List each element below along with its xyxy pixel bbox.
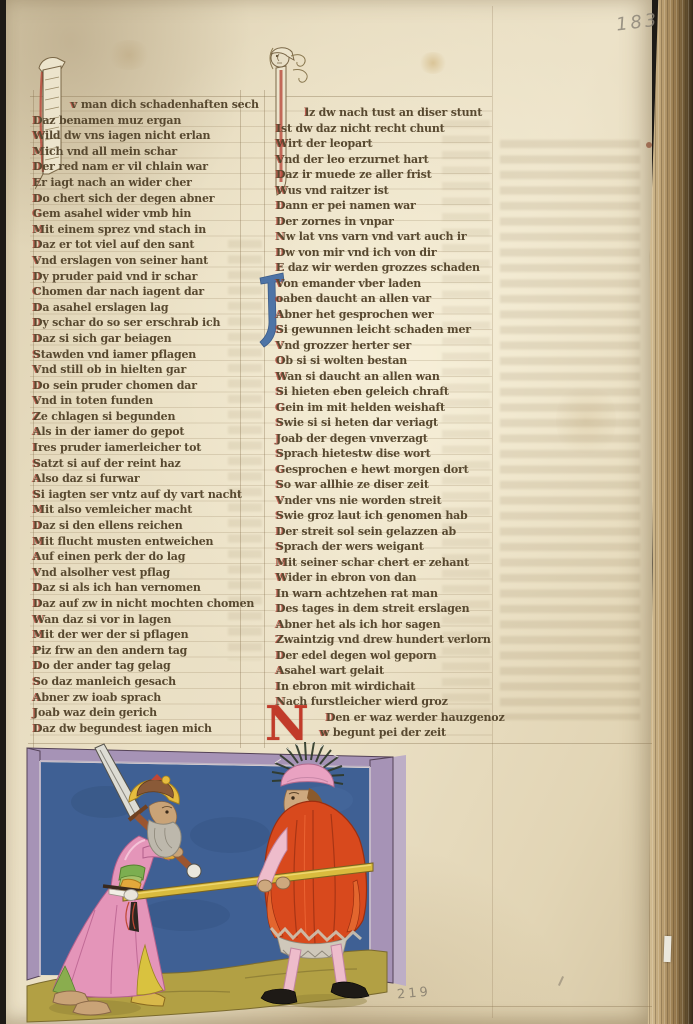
verse-line: Gesprochen e hewt morgen dort — [276, 462, 496, 478]
verse-line: Vnd erslagen von seiner hant — [33, 253, 261, 269]
verse-line: Daz er tot viel auf den sant — [33, 237, 261, 253]
verse-line: Der red nam er vil chlain war — [33, 159, 261, 175]
verse-line: Vnd der leo erzurnet hart — [276, 152, 496, 168]
verse-line: Daz auf zw in nicht mochten chomen — [33, 596, 261, 612]
verse-line: Zwaintzig vnd drew hundert verlorn — [276, 632, 496, 648]
verse-line: Er iagt nach an wider cher — [33, 175, 261, 191]
verse-line: Abner het als ich hor sagen — [276, 617, 496, 633]
verse-line: Also daz si furwar — [33, 471, 261, 487]
verse-line: Piz frw an den andern tag — [33, 643, 261, 659]
verse-line: Swie si si heten dar veriagt — [276, 415, 496, 431]
verse-line: Daz si als ich han vernomen — [33, 580, 261, 596]
verse-line: Gein im mit helden weishaft — [276, 400, 496, 416]
verse-line: E daz wir werden grozzes schaden — [276, 260, 496, 276]
verse-line: Joab der degen vnverzagt — [276, 431, 496, 447]
verse-line: Vnd grozzer herter ser — [276, 338, 496, 354]
verse-line: Dann er pei namen war — [276, 198, 496, 214]
verse-line: Vnder vns nie worden streit — [276, 493, 496, 509]
verse-line: Asahel wart gelait — [276, 663, 496, 679]
verse-line: Do chert sich der degen abner — [33, 191, 261, 207]
verse-line: Swie groz laut ich genomen hab — [276, 508, 496, 524]
verse-line: Dy schar do so ser erschrab ich — [33, 315, 261, 331]
page-edge-tab — [664, 936, 672, 962]
book-fore-edge — [646, 0, 693, 1024]
verse-line: Si gewunnen leicht schaden mer — [276, 322, 496, 338]
verse-line: v man dich schadenhaften sech — [33, 97, 261, 113]
verse-line: Mit einem sprez vnd stach in — [33, 222, 261, 238]
text-column-right: lz dw nach tust an diser stuntIst dw daz… — [276, 105, 496, 741]
verse-line: Daz si den ellens reichen — [33, 518, 261, 534]
verse-line: Auf einen perk der do lag — [33, 549, 261, 565]
verse-line: Chomen dar nach iagent dar — [33, 284, 261, 300]
verse-line: Nach furstleicher wierd groz — [276, 694, 496, 710]
verse-line: Abner het gesprochen wer — [276, 307, 496, 323]
verse-line: In warn achtzehen rat man — [276, 586, 496, 602]
verse-line: Wild dw vns iagen nicht erlan — [33, 128, 261, 144]
verse-line: Der edel degen wol geporn — [276, 648, 496, 664]
verse-line: Daz si sich gar beiagen — [33, 331, 261, 347]
verse-line: Abner zw ioab sprach — [33, 690, 261, 706]
verse-line: So war allhie ze diser zeit — [276, 477, 496, 493]
verse-line: Mich vnd all mein schar — [33, 144, 261, 160]
verse-line: Sprach der wers weigant — [276, 539, 496, 555]
folio-number: 183 — [615, 9, 661, 35]
manuscript-photo: 183 219 D A J N v man dich schade — [0, 0, 693, 1024]
verse-line: Do sein pruder chomen dar — [33, 378, 261, 394]
verse-line: Mit also vemleicher macht — [33, 502, 261, 518]
verse-line: Ist dw daz nicht recht chunt — [276, 121, 496, 137]
verse-line: Der zornes in vnpar — [276, 214, 496, 230]
verse-line: Vnd still ob in hielten gar — [33, 362, 261, 378]
verse-line: Als in der iamer do gepot — [33, 424, 261, 440]
verse-line: Da asahel erslagen lag — [33, 300, 261, 316]
verse-line: Joab waz dein gerich — [33, 705, 261, 721]
ruling-vertical — [264, 90, 265, 748]
verse-line: Si iagten ser vntz auf dy vart nacht — [33, 487, 261, 503]
verse-line: Stawden vnd iamer pflagen — [33, 347, 261, 363]
verse-line: Daz dw begundest iagen mich — [33, 721, 261, 737]
verse-line: Von emander vber laden — [276, 276, 496, 292]
verse-line: Wirt der leopart — [276, 136, 496, 152]
verse-line: Des tages in dem streit erslagen — [276, 601, 496, 617]
verse-line: oaben daucht an allen var — [276, 291, 496, 307]
verse-line: Vnd alsolher vest pflag — [33, 565, 261, 581]
verse-line: Mit seiner schar chert er zehant — [276, 555, 496, 571]
verse-line: Do der ander tag gelag — [33, 658, 261, 674]
verse-line: Dy pruder paid vnd ir schar — [33, 269, 261, 285]
verse-line: Wan si daucht an allen wan — [276, 369, 496, 385]
verse-line: Dw von mir vnd ich von dir — [276, 245, 496, 261]
verse-line: Den er waz werder hauzgenoz — [276, 710, 496, 726]
text-column-left: v man dich schadenhaften sechDaz benamen… — [33, 97, 261, 736]
verse-line: Wider in ebron von dan — [276, 570, 496, 586]
verse-line: Sprach hietestw dise wort — [276, 446, 496, 462]
verse-line: Daz ir muede ze aller frist — [276, 167, 496, 183]
verse-line: Daz benamen muz ergan — [33, 113, 261, 129]
verse-line: Si hieten eben geleich chraft — [276, 384, 496, 400]
miniature-combat-scene — [25, 740, 445, 1024]
verse-line: So daz manleich gesach — [33, 674, 261, 690]
verse-line: Mit flucht musten entweichen — [33, 534, 261, 550]
verse-line: Ze chlagen si begunden — [33, 409, 261, 425]
verse-line: Nw lat vns varn vnd vart auch ir — [276, 229, 496, 245]
verse-line: lz dw nach tust an diser stunt — [276, 105, 496, 121]
verse-line: w begunt pei der zeit — [276, 725, 496, 741]
verse-line: Ires pruder iamerleicher tot — [33, 440, 261, 456]
verse-line: Mit der wer der si pflagen — [33, 627, 261, 643]
verse-line: Vnd in toten funden — [33, 393, 261, 409]
verse-line: Der streit sol sein gelazzen ab — [276, 524, 496, 540]
verse-line: Gem asahel wider vmb hin — [33, 206, 261, 222]
verse-line: In ebron mit wirdichait — [276, 679, 496, 695]
verse-line: Ob si si wolten bestan — [276, 353, 496, 369]
verse-line: Wus vnd raitzer ist — [276, 183, 496, 199]
verse-line: Satzt si auf der reint haz — [33, 456, 261, 472]
verse-line: Wan daz si vor in lagen — [33, 612, 261, 628]
